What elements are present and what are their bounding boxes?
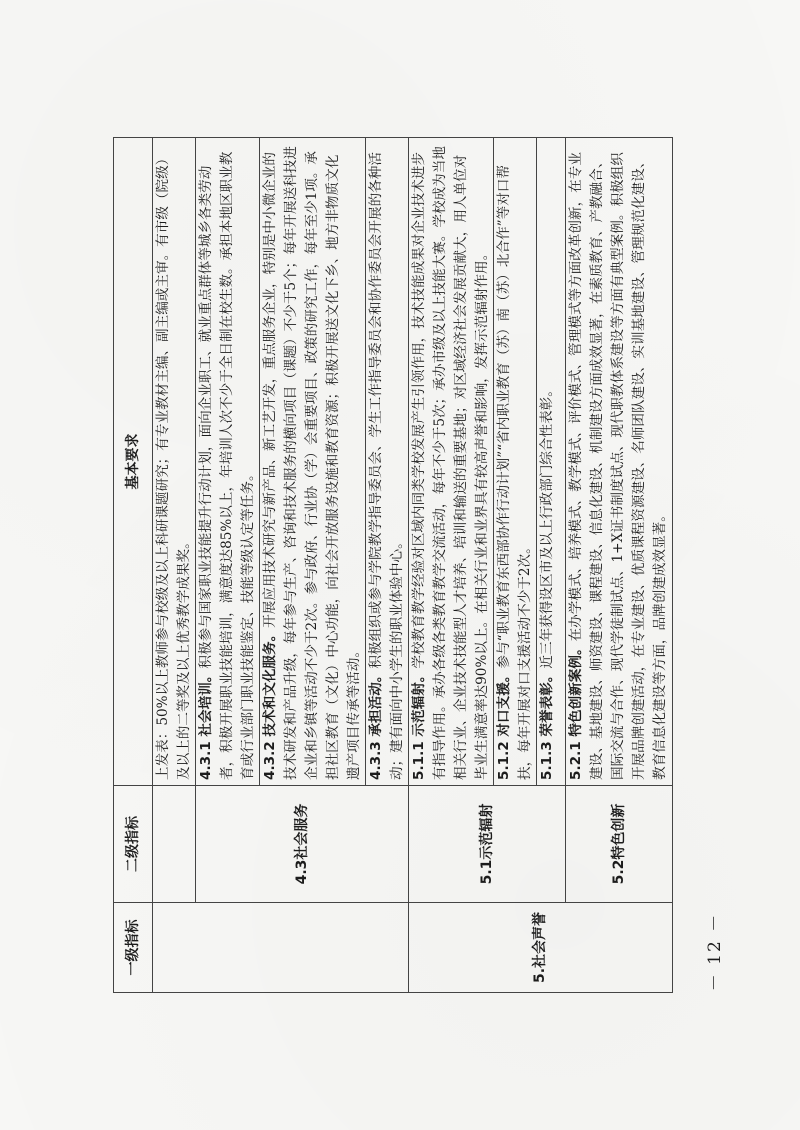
evaluation-standards-table: 一级指标 二级指标 基本要求 上发表：50%以上教师参与校级及以上科研课题研究；… [113,137,673,993]
page-number: － 12 － [700,902,725,1002]
requirement-cell: 5.1.1 示范辐射。学校教育教学经验对区域内同类学校发展产生引领作用，技术技能… [409,138,494,786]
requirement-cell: 5.2.1 特色创新案例。在办学模式、培养模式、教学模式、评价模式、管理模式等方… [566,138,673,786]
requirement-text: 上发表：50%以上教师参与校级及以上科研课题研究；有专业教材主编、副主编或主审。… [155,152,192,780]
requirement-title: 5.2.1 特色创新案例。 [568,641,584,780]
requirement-text: 近三年获得设区市及以上行政部门综合性表彰。 [539,383,555,668]
requirement-title: 5.1.3 荣誉表彰。 [539,669,555,780]
level2-cell-blank [153,786,196,903]
level1-cell-blank [153,903,409,993]
requirement-title: 4.3.1 社会培训。 [198,669,214,780]
table-row: 5.2特色创新 5.2.1 特色创新案例。在办学模式、培养模式、教学模式、评价模… [566,138,673,993]
header-level1-indicator: 一级指标 [114,903,153,993]
level2-cell-innovation: 5.2特色创新 [566,786,673,903]
requirement-cell: 4.3.3 承担活动。积极组织或参与学院教学指导委员会、学生工作指导委员会和协作… [366,138,409,786]
rotated-landscape-page: 一级指标 二级指标 基本要求 上发表：50%以上教师参与校级及以上科研课题研究；… [0,0,800,1130]
level1-cell-social-reputation: 5.社会声誉 [409,903,673,993]
level2-cell-social-service: 4.3社会服务 [196,786,409,903]
requirement-title: 4.3.3 承担活动。 [368,669,384,780]
requirement-cell: 上发表：50%以上教师参与校级及以上科研课题研究；有专业教材主编、副主编或主审。… [153,138,196,786]
table-row: 上发表：50%以上教师参与校级及以上科研课题研究；有专业教材主编、副主编或主审。… [153,138,196,993]
table-row: 4.3社会服务 4.3.1 社会培训。积极参与国家职业技能提升行动计划，面向企业… [196,138,260,993]
header-level2-indicator: 二级指标 [114,786,153,903]
header-basic-requirements: 基本要求 [114,138,153,786]
requirement-title: 5.1.2 对口支援。 [496,669,512,780]
requirement-cell: 5.1.3 荣誉表彰。近三年获得设区市及以上行政部门综合性表彰。 [537,138,566,786]
requirement-cell: 4.3.1 社会培训。积极参与国家职业技能提升行动计划，面向企业职工、就业重点群… [196,138,260,786]
table-row: 5.社会声誉 5.1示范辐射 5.1.1 示范辐射。学校教育教学经验对区域内同类… [409,138,494,993]
requirement-cell: 5.1.2 对口支援。参与“职业教育东西部协作行动计划”“省内职业教育（苏）南（… [494,138,537,786]
table-header-row: 一级指标 二级指标 基本要求 [114,138,153,993]
level2-cell-demonstration: 5.1示范辐射 [409,786,566,903]
requirement-cell: 4.3.2 技术和文化服务。开展应用技术研究与新产品、新工艺开发，重点服务企业，… [260,138,366,786]
requirement-title: 5.1.1 示范辐射。 [411,669,427,780]
requirement-title: 4.3.2 技术和文化服务。 [262,628,278,780]
